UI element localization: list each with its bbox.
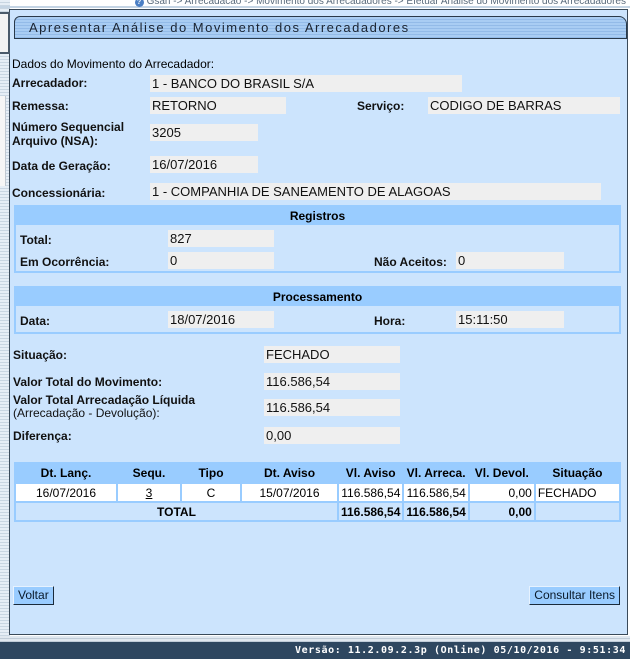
- nsa-label-line1: Número Sequencial: [12, 120, 124, 134]
- nao-aceitos-label: Não Aceitos:: [374, 255, 447, 269]
- section-caption: Dados do Movimento do Arrecadador:: [12, 57, 214, 71]
- main-panel: Apresentar Análise do Movimento dos Arre…: [9, 9, 628, 635]
- version-footer: Versão: 11.2.09.2.3p (Online) 05/10/2016…: [0, 642, 630, 659]
- col-dt-lanc: Dt. Lanç.: [16, 464, 116, 482]
- situacao-label: Situação:: [13, 348, 67, 362]
- movimento-table: Dt. Lanç. Sequ. Tipo Dt. Aviso Vl. Aviso…: [14, 462, 621, 522]
- consultar-itens-button[interactable]: Consultar Itens: [529, 586, 620, 605]
- nsa-label: Número Sequencial Arquivo (NSA):: [12, 120, 124, 148]
- registros-box: Registros Total: 827 Em Ocorrência: 0 Nã…: [14, 205, 621, 273]
- hora-label: Hora:: [374, 314, 405, 328]
- col-situacao: Situação: [536, 464, 619, 482]
- em-ocorrencia-label: Em Ocorrência:: [20, 255, 109, 269]
- em-ocorrencia-value: 0: [168, 252, 274, 269]
- arrecadador-label: Arrecadador:: [12, 76, 87, 90]
- total-label: Total:: [20, 233, 52, 247]
- data-geracao-value: 16/07/2016: [150, 156, 258, 173]
- arrecadador-value: 1 - BANCO DO BRASIL S/A: [150, 75, 462, 92]
- help-icon[interactable]: ?: [135, 0, 144, 7]
- data-processamento-value: 18/07/2016: [168, 311, 274, 328]
- data-processamento-label: Data:: [20, 314, 50, 328]
- cell-tipo: C: [182, 484, 240, 501]
- total-vl-devol: 0,00: [470, 503, 534, 520]
- remessa-value: RETORNO: [150, 97, 286, 114]
- cell-vl-arreca: 116.586,54: [404, 484, 467, 501]
- cell-dt-aviso: 15/07/2016: [242, 484, 337, 501]
- nsa-value: 3205: [150, 124, 258, 141]
- valor-total-movimento-value: 116.586,54: [264, 373, 400, 390]
- valor-liquido-label-line1: Valor Total Arrecadação Líquida: [13, 393, 195, 407]
- col-vl-aviso: Vl. Aviso: [339, 464, 402, 482]
- diferenca-label: Diferença:: [13, 429, 72, 443]
- voltar-button[interactable]: Voltar: [13, 586, 54, 605]
- valor-liquido-label-line2: (Arrecadação - Devolução):: [13, 406, 160, 420]
- total-situacao: [536, 503, 619, 520]
- col-vl-arreca: Vl. Arreca.: [404, 464, 467, 482]
- diferenca-value: 0,00: [264, 427, 400, 444]
- processamento-box: Processamento Data: 18/07/2016 Hora: 15:…: [14, 286, 621, 334]
- data-geracao-label: Data de Geração:: [12, 159, 111, 173]
- cell-vl-aviso: 116.586,54: [339, 484, 402, 501]
- registros-header: Registros: [16, 207, 619, 225]
- total-value: 827: [168, 230, 274, 247]
- total-vl-arreca: 116.586,54: [404, 503, 467, 520]
- table-header-row: Dt. Lanç. Sequ. Tipo Dt. Aviso Vl. Aviso…: [16, 464, 619, 482]
- nsa-label-line2: Arquivo (NSA):: [12, 134, 98, 148]
- col-sequ: Sequ.: [118, 464, 180, 482]
- table-total-row: TOTAL 116.586,54 116.586,54 0,00: [16, 503, 619, 520]
- table-row: 16/07/2016 3 C 15/07/2016 116.586,54 116…: [16, 484, 619, 501]
- situacao-value: FECHADO: [264, 346, 400, 363]
- sequ-link[interactable]: 3: [146, 486, 153, 500]
- hora-value: 15:11:50: [456, 311, 564, 328]
- processamento-header: Processamento: [16, 288, 619, 306]
- servico-label: Serviço:: [357, 99, 404, 113]
- col-dt-aviso: Dt. Aviso: [242, 464, 337, 482]
- total-label: TOTAL: [16, 503, 337, 520]
- nao-aceitos-value: 0: [456, 252, 564, 269]
- page-title: Apresentar Análise do Movimento dos Arre…: [14, 16, 627, 39]
- breadcrumb: ?Gsan -> Arrecadacao -> Movimento dos Ar…: [135, 0, 626, 7]
- frame-tab-lower: [0, 96, 6, 186]
- col-tipo: Tipo: [182, 464, 240, 482]
- total-vl-aviso: 116.586,54: [339, 503, 402, 520]
- breadcrumb-text: Gsan -> Arrecadacao -> Movimento dos Arr…: [147, 0, 626, 7]
- cell-sequ: 3: [118, 484, 180, 501]
- servico-value: CODIGO DE BARRAS: [428, 97, 620, 114]
- valor-liquido-label: Valor Total Arrecadação Líquida (Arrecad…: [13, 394, 195, 420]
- cell-situacao: FECHADO: [536, 484, 619, 501]
- cell-dt-lanc: 16/07/2016: [16, 484, 116, 501]
- cell-vl-devol: 0,00: [470, 484, 534, 501]
- valor-total-movimento-label: Valor Total do Movimento:: [13, 375, 162, 389]
- concessionaria-label: Concessionária:: [12, 186, 105, 200]
- col-vl-devol: Vl. Devol.: [470, 464, 534, 482]
- remessa-label: Remessa:: [12, 99, 69, 113]
- concessionaria-value: 1 - COMPANHIA DE SANEAMENTO DE ALAGOAS: [150, 183, 601, 200]
- valor-liquido-value: 116.586,54: [264, 399, 400, 416]
- frame-tab: [0, 12, 10, 54]
